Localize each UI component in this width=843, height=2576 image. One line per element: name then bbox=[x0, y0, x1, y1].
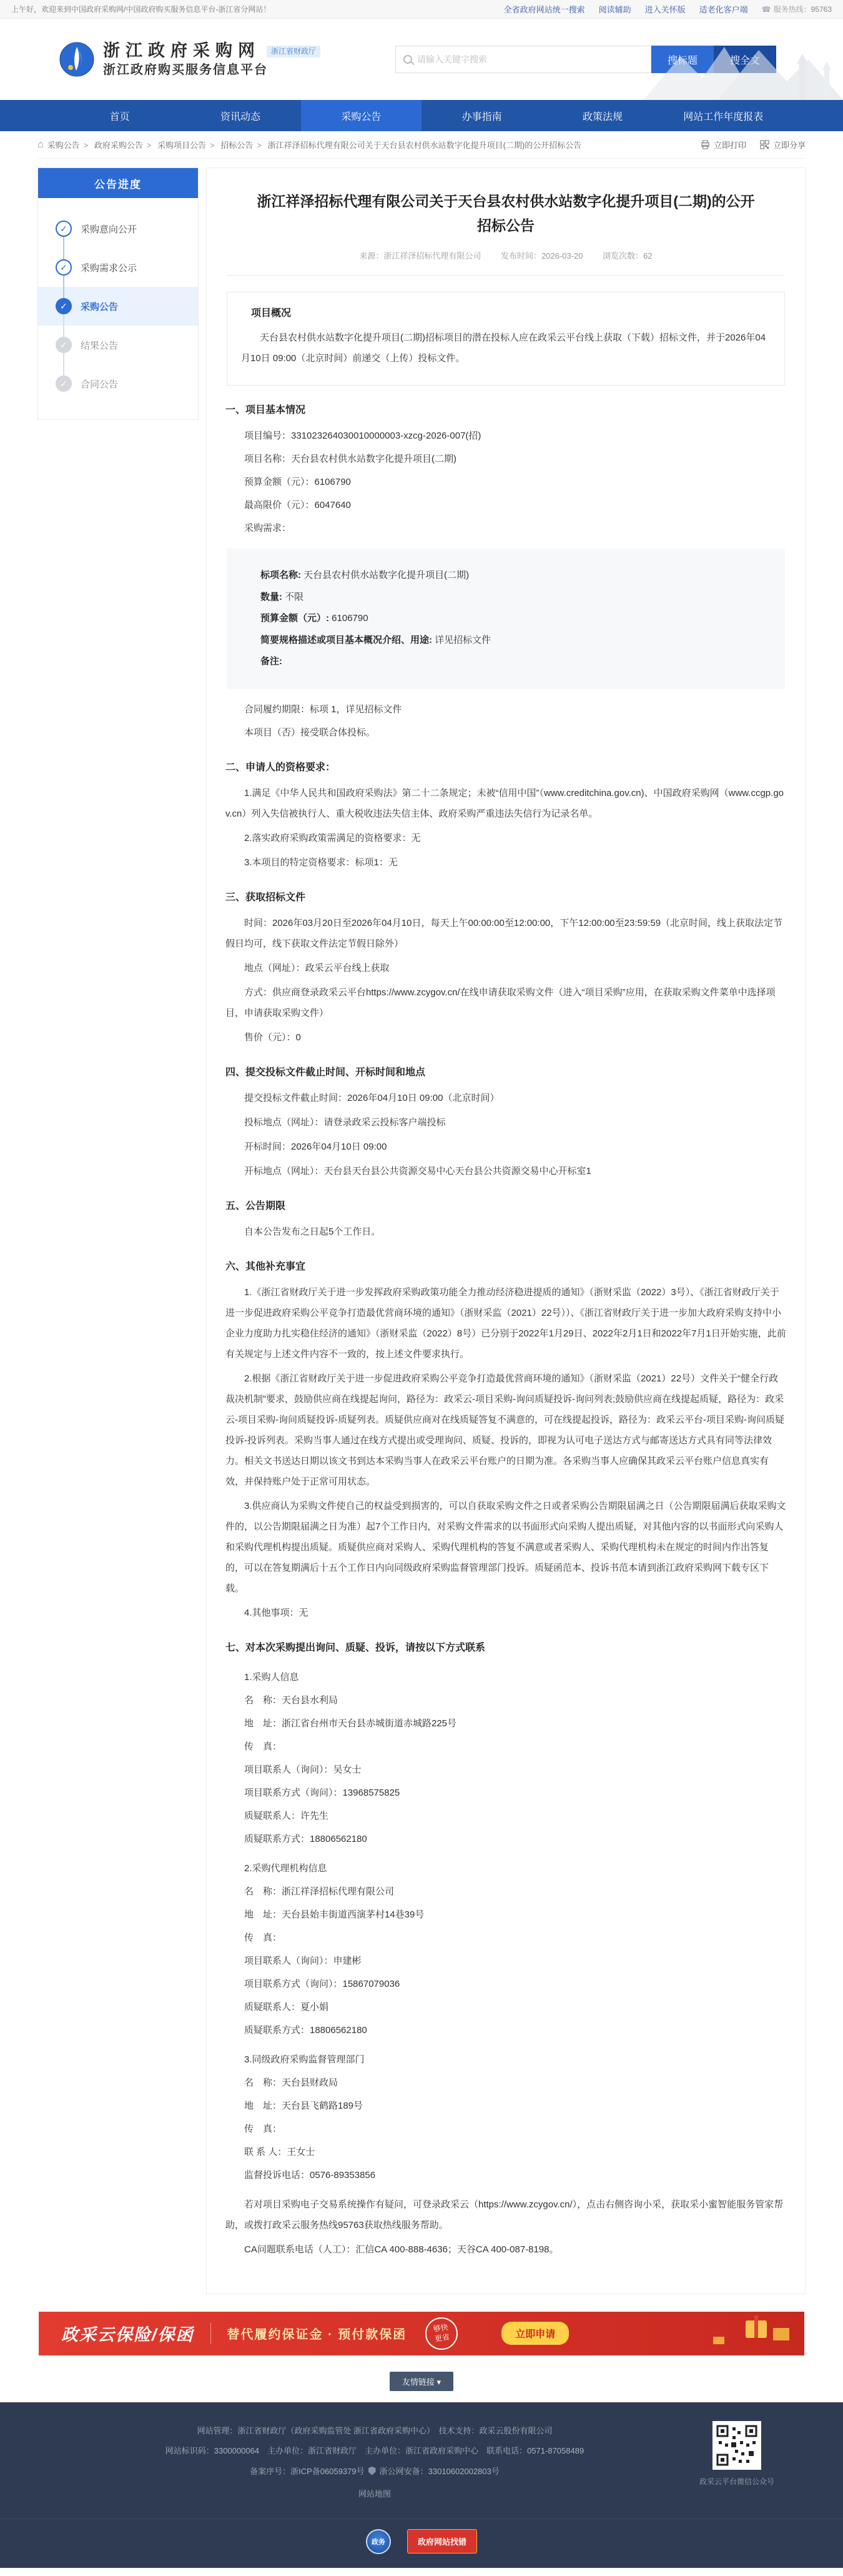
nav-policies[interactable]: 政策法规 bbox=[542, 100, 663, 131]
overview-heading: 项目概况 bbox=[251, 304, 771, 324]
search-title-button[interactable]: 搜标题 bbox=[651, 46, 714, 73]
friend-links-row: 友情链接 ▾ bbox=[0, 2372, 843, 2391]
closing-ca-phones: CA问题联系电话（人工）：汇信CA 400-888-4636；天谷CA 400-… bbox=[225, 2239, 786, 2260]
supervision-block-title: 3.同级政府采购监督管理部门 bbox=[225, 2049, 786, 2070]
site-footer: 网站管理：浙江省财政厅（政府采购监管处 浙江省政府采购中心） 技术支持：政采云股… bbox=[0, 2402, 843, 2568]
qr-caption: 政采云平台微信公众号 bbox=[690, 2476, 784, 2487]
print-button[interactable]: 立即打印 bbox=[701, 139, 746, 151]
article-meta: 来源：浙江祥泽招标代理有限公司 发布时间：2026-03-20 浏览次数：62 bbox=[225, 249, 786, 261]
security-record-link[interactable]: 浙公网安备：33010602002803号 bbox=[380, 2467, 500, 2476]
purchaser-info-block: 1.采购人信息 名 称：天台县水利局 地 址：浙江省台州市天台县赤城街道赤城路2… bbox=[225, 1667, 786, 1849]
closing-help: 若对项目采购电子交易系统操作有疑问，可登录政采云（https://www.zcy… bbox=[225, 2194, 786, 2235]
page-title: 浙江祥泽招标代理有限公司关于天台县农村供水站数字化提升项目(二期)的公开招标公告 bbox=[225, 189, 786, 238]
ad-divider bbox=[210, 2323, 211, 2344]
site-subtitle: 浙江政府购买服务信息平台 bbox=[103, 62, 320, 78]
greeting-text: 上午好，欢迎来到中国政府采购网/中国政府购买服务信息平台-浙江省分网站！ bbox=[11, 4, 270, 14]
nav-service-guide[interactable]: 办事指南 bbox=[421, 100, 542, 131]
section-7-heading: 七、对本次采购提出询问、质疑、投诉，请按以下方式联系 bbox=[225, 1638, 786, 1658]
lot-remark: 备注: bbox=[242, 651, 770, 673]
nav-procurement-announcements[interactable]: 采购公告 bbox=[301, 100, 421, 131]
site-name: 浙江政府采购网浙江省财政厅 bbox=[103, 41, 320, 62]
nav-annual-report[interactable]: 网站工作年度报表 bbox=[663, 100, 784, 131]
qualification-3: 3.本项目的特定资格要求：标项1：无 bbox=[225, 852, 786, 873]
bid-place: 投标地点（网址）：请登录政采云投标客户端投标 bbox=[225, 1112, 786, 1133]
purchaser-block-title: 1.采购人信息 bbox=[225, 1667, 786, 1688]
step-procurement-announcement[interactable]: ✓ 采购公告 bbox=[38, 287, 198, 326]
overview-body: 天台县农村供水站数字化提升项目(二期)招标项目的潜在投标人应在政采云平台线上获取… bbox=[241, 327, 771, 369]
project-name: 项目名称：天台县农村供水站数字化提升项目(二期) bbox=[225, 449, 786, 469]
link-unified-search[interactable]: 全省政府网站统一搜索 bbox=[504, 3, 585, 15]
lot-budget: 预算金额（元）: 6106790 bbox=[242, 608, 770, 630]
qualification-1: 1.满足《中华人民共和国政府采购法》第二十二条规定；未被“信用中国”（www.c… bbox=[225, 783, 786, 824]
supervision-address: 地 址：天台县飞鹤路189号 bbox=[225, 2096, 786, 2116]
footer-org-line: 网站标识码：3300000064 主办单位：浙江省财政厅 主办单位：浙江省政府采… bbox=[59, 2441, 690, 2462]
contract-period: 合同履约期限：标项 1，详见招标文件 bbox=[225, 699, 786, 720]
divider bbox=[228, 275, 784, 276]
footer-icp-line: 备案序号：浙ICP备06059379号浙公网安备：33010602002803号 bbox=[59, 2462, 690, 2482]
search-fulltext-button[interactable]: 搜全文 bbox=[714, 46, 776, 73]
announcement-period: 自本公告发布之日起5个工作日。 bbox=[225, 1221, 786, 1242]
announcement-progress-panel: 公告进度 ✓ 采购意向公开 ✓ 采购需求公示 ✓ 采购公告 ✓ 结果公告 ✓ 合… bbox=[37, 167, 199, 420]
link-care-version[interactable]: 进入关怀版 bbox=[645, 3, 686, 15]
search-input[interactable] bbox=[417, 54, 643, 64]
meta-source: 来源：浙江祥泽招标代理有限公司 bbox=[359, 251, 481, 261]
step-demand-publicity[interactable]: ✓ 采购需求公示 bbox=[38, 248, 198, 287]
step-result-announcement[interactable]: ✓ 结果公告 bbox=[38, 326, 198, 364]
search-icon bbox=[403, 55, 412, 64]
top-utility-bar: 上午好，欢迎来到中国政府采购网/中国政府购买服务信息平台-浙江省分网站！ 全省政… bbox=[0, 0, 843, 19]
agency-contact-phone: 项目联系方式（询问）：15867079036 bbox=[225, 1974, 786, 1994]
step-contract-announcement[interactable]: ✓ 合同公告 bbox=[38, 364, 198, 403]
section-5-heading: 五、公告期限 bbox=[225, 1196, 786, 1216]
section-6-heading: 六、其他补充事宜 bbox=[225, 1257, 786, 1277]
check-circle-icon: ✓ bbox=[56, 298, 72, 314]
supervision-name: 名 称：天台县财政局 bbox=[225, 2072, 786, 2093]
consortium-bid: 本项目（否）接受联合体投标。 bbox=[225, 722, 786, 743]
supplement-2: 2.根据《浙江省财政厅关于进一步促进政府采购公平竞争打造最优营商环境的通知》（浙… bbox=[225, 1368, 786, 1492]
finance-dept-badge: 浙江省财政厅 bbox=[267, 46, 320, 57]
section-1-heading: 一、项目基本情况 bbox=[225, 400, 786, 420]
purchaser-name: 名 称：天台县水利局 bbox=[225, 1690, 786, 1711]
agency-contact: 项目联系人（询问）：申建彬 bbox=[225, 1951, 786, 1971]
agency-info-block: 2.采购代理机构信息 名 称：浙江祥泽招标代理有限公司 地 址：天台县始丰街道西… bbox=[225, 1858, 786, 2041]
purchaser-contact: 项目联系人（询问）：吴女士 bbox=[225, 1759, 786, 1780]
ad-title: 政采云保险/保函 bbox=[61, 2321, 194, 2345]
lot-info-box: 标项名称: 天台县农村供水站数字化提升项目(二期) 数量: 不限 预算金额（元）… bbox=[227, 549, 785, 689]
crumb-current: 浙江祥泽招标代理有限公司关于天台县农村供水站数字化提升项目(二期)的公开招标公告 bbox=[268, 141, 582, 150]
doc-price: 售价（元）：0 bbox=[225, 1027, 786, 1048]
max-price: 最高限价（元）：6047640 bbox=[225, 495, 786, 515]
crumb-project-announcement[interactable]: 采购项目公告 bbox=[157, 141, 206, 150]
lot-name: 标项名称: 天台县农村供水站数字化提升项目(二期) bbox=[242, 565, 770, 587]
share-button[interactable]: 立即分享 bbox=[760, 139, 806, 151]
share-qr-icon bbox=[760, 140, 769, 149]
link-elderly-client[interactable]: 适老化客户端 bbox=[699, 3, 748, 15]
open-time: 开标时间：2026年04月10日 09:00 bbox=[225, 1136, 786, 1157]
project-overview-box: 项目概况 天台县农村供水站数字化提升项目(二期)招标项目的潜在投标人应在政采云平… bbox=[227, 292, 785, 385]
crumb-gov-procurement[interactable]: 政府采购公告 bbox=[94, 141, 143, 150]
wechat-qr-code bbox=[712, 2421, 761, 2470]
supplement-3: 3.供应商认为采购文件使自己的权益受到损害的，可以自获取采购文件之日或者采购公告… bbox=[225, 1496, 786, 1599]
purchaser-query-phone: 质疑联系方式：18806562180 bbox=[225, 1829, 786, 1849]
friend-links-dropdown[interactable]: 友情链接 ▾ bbox=[390, 2372, 453, 2391]
icp-record-link[interactable]: 备案序号：浙ICP备06059379号 bbox=[250, 2467, 365, 2476]
step-intention-publicity[interactable]: ✓ 采购意向公开 bbox=[38, 209, 198, 248]
insurance-ad-banner[interactable]: 政采云保险/保函 替代履约保证金 · 预付款保函 够快更省 立即申请 bbox=[39, 2312, 804, 2355]
supervision-contact: 联 系 人：王女士 bbox=[225, 2142, 786, 2162]
ad-stamp: 够快更省 bbox=[423, 2315, 460, 2352]
agency-query-contact: 质疑联系人：夏小娟 bbox=[225, 1997, 786, 2017]
budget-amount: 预算金额（元）：6106790 bbox=[225, 472, 786, 492]
search-area: 搜标题 搜全文 bbox=[395, 46, 776, 73]
main-nav: 首页 资讯动态 采购公告 办事指南 政策法规 网站工作年度报表 bbox=[0, 100, 843, 131]
purchaser-contact-phone: 项目联系方式（询问）：13968575825 bbox=[225, 1783, 786, 1803]
meta-publish-time: 发布时间：2026-03-20 bbox=[501, 251, 583, 261]
check-circle-icon: ✓ bbox=[56, 221, 72, 237]
logo-icon bbox=[59, 42, 94, 77]
supervision-info-block: 3.同级政府采购监督管理部门 名 称：天台县财政局 地 址：天台县飞鹤路189号… bbox=[225, 2049, 786, 2186]
lot-spec: 简要规格描述或项目基本概况介绍、用途: 详见招标文件 bbox=[242, 630, 770, 652]
agency-address: 地 址：天台县始丰街道西演茅村14巷39号 bbox=[225, 1904, 786, 1925]
purchaser-address: 地 址：浙江省台州市天台县赤城街道赤城路225号 bbox=[225, 1713, 786, 1734]
progress-panel-title: 公告进度 bbox=[38, 168, 198, 198]
announcement-article: 浙江祥泽招标代理有限公司关于天台县农村供水站数字化提升项目(二期)的公开招标公告… bbox=[206, 167, 806, 2294]
supervision-phone: 监督投诉电话：0576-89353856 bbox=[225, 2165, 786, 2186]
footer-management-line: 网站管理：浙江省财政厅（政府采购监管处 浙江省政府采购中心） 技术支持：政采云股… bbox=[59, 2421, 690, 2442]
site-logo: 浙江政府采购网浙江省财政厅 浙江政府购买服务信息平台 bbox=[59, 41, 320, 78]
crumb-procurement[interactable]: 采购公告 bbox=[47, 141, 80, 150]
check-circle-icon: ✓ bbox=[56, 337, 72, 353]
qualification-2: 2.落实政府采购政策需满足的资格要求：无 bbox=[225, 828, 786, 848]
project-number: 项目编号：331023264030010000003-xzcg-2026-007… bbox=[225, 425, 786, 446]
doc-time: 时间：2026年03月20日至2026年04月10日，每天上午00:00:00至… bbox=[225, 913, 786, 954]
agency-fax: 传 真： bbox=[225, 1927, 786, 1948]
link-reading-assist[interactable]: 阅读辅助 bbox=[599, 3, 631, 15]
section-2-heading: 二、申请人的资格要求： bbox=[225, 758, 786, 778]
agency-query-phone: 质疑联系方式：18806562180 bbox=[225, 2020, 786, 2041]
section-3-heading: 三、获取招标文件 bbox=[225, 888, 786, 908]
procurement-demand-label: 采购需求： bbox=[225, 518, 786, 539]
home-icon[interactable]: ⌂ bbox=[37, 139, 44, 151]
sitemap-link[interactable]: 网站地图 bbox=[358, 2489, 391, 2499]
ad-apply-button[interactable]: 立即申请 bbox=[501, 2322, 569, 2345]
nav-news[interactable]: 资讯动态 bbox=[180, 100, 300, 131]
ad-items: 替代履约保证金 · 预付款保函 bbox=[227, 2324, 407, 2342]
service-hotline: ☎服务热线：95763 bbox=[762, 4, 832, 14]
bid-deadline: 提交投标文件截止时间：2026年04月10日 09:00（北京时间） bbox=[225, 1088, 786, 1108]
agency-name: 名 称：浙江祥泽招标代理有限公司 bbox=[225, 1881, 786, 1902]
site-error-report-badge[interactable]: 政府网站找错 bbox=[407, 2529, 477, 2554]
gov-site-badge[interactable]: 政务 bbox=[366, 2529, 391, 2554]
site-header: 浙江政府采购网浙江省财政厅 浙江政府购买服务信息平台 搜标题 搜全文 bbox=[0, 19, 843, 100]
crumb-tender-announcement[interactable]: 招标公告 bbox=[220, 141, 253, 150]
purchaser-fax: 传 真： bbox=[225, 1736, 786, 1757]
supplement-4: 4.其他事项：无 bbox=[225, 1603, 786, 1623]
supervision-fax: 传 真： bbox=[225, 2119, 786, 2139]
purchaser-query-contact: 质疑联系人：许先生 bbox=[225, 1806, 786, 1826]
breadcrumb-row: ⌂ 采购公告> 政府采购公告> 采购项目公告> 招标公告> 浙江祥泽招标代理有限… bbox=[37, 131, 806, 159]
agency-block-title: 2.采购代理机构信息 bbox=[225, 1858, 786, 1879]
nav-home[interactable]: 首页 bbox=[59, 100, 180, 131]
phone-icon: ☎ bbox=[762, 5, 771, 14]
footer-badges-row: 政务 政府网站找错 bbox=[0, 2519, 843, 2568]
section-4-heading: 四、提交投标文件截止时间、开标时间和地点 bbox=[225, 1063, 786, 1083]
police-shield-icon bbox=[368, 2467, 376, 2475]
supplement-1: 1.《浙江省财政厅关于进一步发挥政府采购政策功能全力推动经济稳进提质的通知》（浙… bbox=[225, 1282, 786, 1365]
check-circle-icon: ✓ bbox=[56, 375, 72, 392]
lot-quantity: 数量: 不限 bbox=[242, 587, 770, 609]
doc-place: 地点（网址）：政采云平台线上获取 bbox=[225, 958, 786, 978]
doc-method: 方式：供应商登录政采云平台https://www.zcygov.cn/在线申请获… bbox=[225, 982, 786, 1023]
print-icon bbox=[701, 140, 710, 149]
open-place: 开标地点（网址）：天台县天台县公共资源交易中心天台县公共资源交易中心开标室1 bbox=[225, 1161, 786, 1181]
check-circle-icon: ✓ bbox=[56, 259, 72, 276]
wechat-qr-column: 政采云平台微信公众号 bbox=[690, 2421, 784, 2505]
gift-decoration bbox=[746, 2320, 767, 2338]
meta-views: 浏览次数：62 bbox=[603, 251, 652, 261]
breadcrumb: 采购公告> 政府采购公告> 采购项目公告> 招标公告> 浙江祥泽招标代理有限公司… bbox=[47, 139, 701, 151]
